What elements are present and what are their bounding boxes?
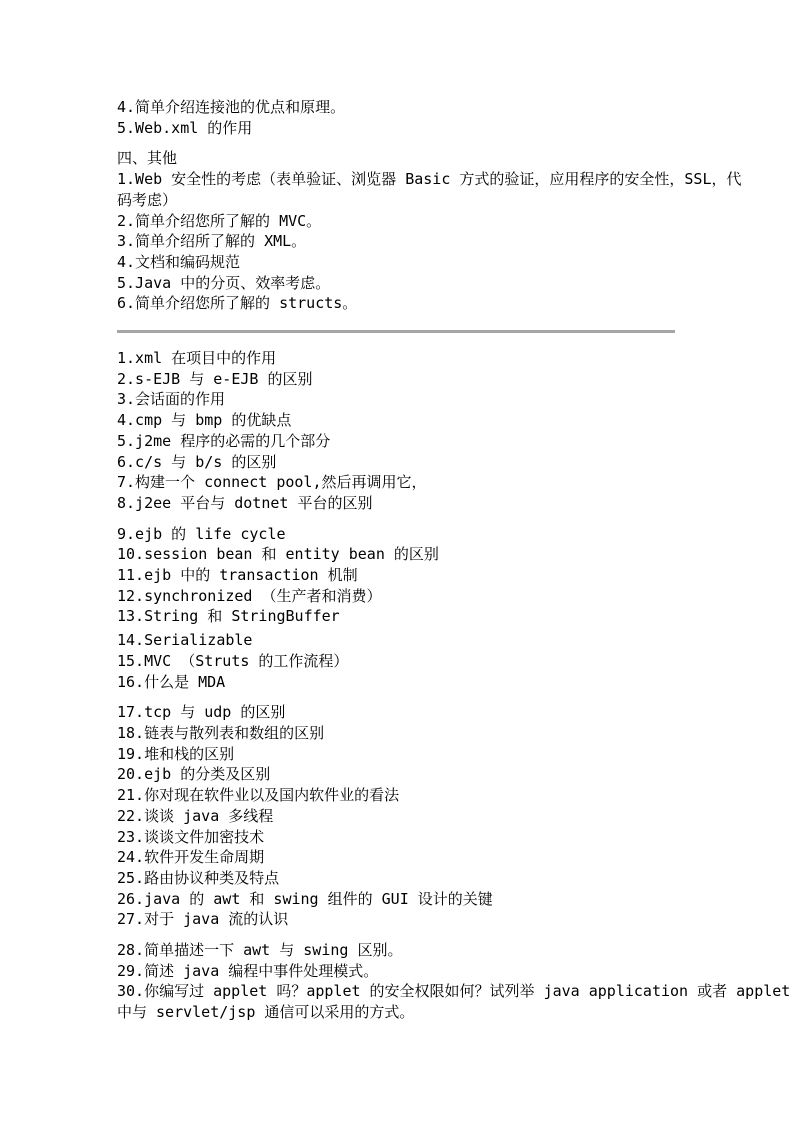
text-line: 21.你对现在软件业以及国内软件业的看法 <box>117 785 675 806</box>
text-line: 4.文档和编码规范 <box>117 252 675 273</box>
paragraph-questions-14-16: 14.Serializable15.MVC （Struts 的工作流程）16.什… <box>117 630 675 692</box>
text-line: 3.会话面的作用 <box>117 389 675 410</box>
text-line: 5.Web.xml 的作用 <box>117 118 675 139</box>
text-line: 15.MVC （Struts 的工作流程） <box>117 651 675 672</box>
paragraph-questions-1-8: 1.xml 在项目中的作用2.s-EJB 与 e-EJB 的区别3.会话面的作用… <box>117 348 675 514</box>
text-line: 16.什么是 MDA <box>117 672 675 693</box>
text-line: 码考虑） <box>117 190 675 211</box>
text-line: 1.xml 在项目中的作用 <box>117 348 675 369</box>
text-line: 4.cmp 与 bmp 的优缺点 <box>117 410 675 431</box>
text-line: 18.链表与散列表和数组的区别 <box>117 723 675 744</box>
text-line: 四、其他 <box>117 148 675 169</box>
text-line: 24.软件开发生命周期 <box>117 847 675 868</box>
text-line: 28.简单描述一下 awt 与 swing 区别。 <box>117 940 675 961</box>
text-line: 17.tcp 与 udp 的区别 <box>117 702 675 723</box>
text-line: 1.Web 安全性的考虑（表单验证、浏览器 Basic 方式的验证，应用程序的安… <box>117 169 675 190</box>
section-divider <box>117 330 675 333</box>
text-line: 6.简单介绍您所了解的 structs。 <box>117 293 675 314</box>
text-line: 14.Serializable <box>117 630 675 651</box>
paragraph-questions-28-30: 28.简单描述一下 awt 与 swing 区别。29.简述 java 编程中事… <box>117 940 675 1023</box>
text-line: 12.synchronized （生产者和消费） <box>117 586 675 607</box>
paragraph-questions-9-13: 9.ejb 的 life cycle10.session bean 和 enti… <box>117 524 675 628</box>
text-line: 26.java 的 awt 和 swing 组件的 GUI 设计的关键 <box>117 889 675 910</box>
text-line: 19.堆和栈的区别 <box>117 744 675 765</box>
text-line: 5.Java 中的分页、效率考虑。 <box>117 273 675 294</box>
text-line: 20.ejb 的分类及区别 <box>117 764 675 785</box>
document-body: 4.简单介绍连接池的优点和原理。5.Web.xml 的作用四、其他1.Web 安… <box>117 97 675 1033</box>
text-line: 29.简述 java 编程中事件处理模式。 <box>117 961 675 982</box>
text-line: 3.简单介绍所了解的 XML。 <box>117 231 675 252</box>
text-line: 5.j2me 程序的必需的几个部分 <box>117 431 675 452</box>
text-line: 9.ejb 的 life cycle <box>117 524 675 545</box>
text-line: 6.c/s 与 b/s 的区别 <box>117 452 675 473</box>
text-line: 7.构建一个 connect pool,然后再调用它， <box>117 472 675 493</box>
text-line: 30.你编写过 applet 吗？applet 的安全权限如何？试列举 java… <box>117 981 675 1002</box>
text-line: 25.路由协议种类及特点 <box>117 868 675 889</box>
text-line: 2.s-EJB 与 e-EJB 的区别 <box>117 369 675 390</box>
text-line: 中与 servlet/jsp 通信可以采用的方式。 <box>117 1002 675 1023</box>
document-page: 4.简单介绍连接池的优点和原理。5.Web.xml 的作用四、其他1.Web 安… <box>0 0 794 1123</box>
text-line: 10.session bean 和 entity bean 的区别 <box>117 544 675 565</box>
text-line: 8.j2ee 平台与 dotnet 平台的区别 <box>117 493 675 514</box>
text-line: 11.ejb 中的 transaction 机制 <box>117 565 675 586</box>
text-line: 27.对于 java 流的认识 <box>117 909 675 930</box>
paragraph-section-four-other: 四、其他1.Web 安全性的考虑（表单验证、浏览器 Basic 方式的验证，应用… <box>117 148 675 314</box>
paragraph-questions-17-27: 17.tcp 与 udp 的区别18.链表与散列表和数组的区别19.堆和栈的区别… <box>117 702 675 930</box>
text-line: 2.简单介绍您所了解的 MVC。 <box>117 211 675 232</box>
paragraph-web-questions-tail: 4.简单介绍连接池的优点和原理。5.Web.xml 的作用 <box>117 97 675 138</box>
text-line: 23.谈谈文件加密技术 <box>117 827 675 848</box>
text-line: 4.简单介绍连接池的优点和原理。 <box>117 97 675 118</box>
text-line: 22.谈谈 java 多线程 <box>117 806 675 827</box>
text-line: 13.String 和 StringBuffer <box>117 606 675 627</box>
